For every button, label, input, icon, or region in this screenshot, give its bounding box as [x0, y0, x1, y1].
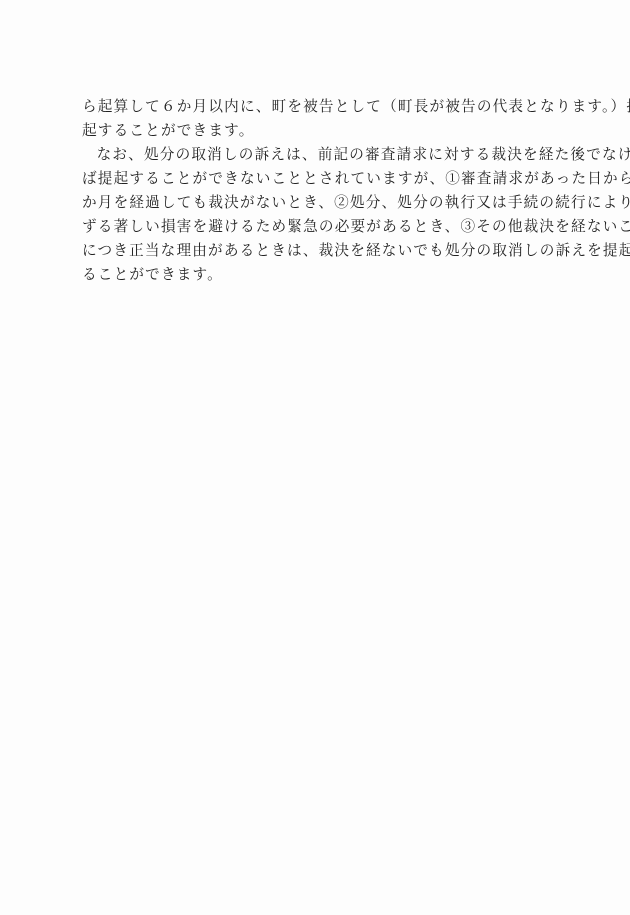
text-line: ば提起することができないこととされていますが、①審査請求があった日から３	[82, 167, 554, 191]
text-line: ることができます。	[82, 263, 554, 287]
text-line: ら起算して６か月以内に、町を被告として（町長が被告の代表となります。）提	[82, 95, 554, 119]
text-line: 起することができます。	[82, 119, 554, 143]
text-line: か月を経過しても裁決がないとき、②処分、処分の執行又は手続の続行により生	[82, 191, 554, 215]
text-line: ずる著しい損害を避けるため緊急の必要があるとき、③その他裁決を経ないこと	[82, 215, 554, 239]
text-line: なお、処分の取消しの訴えは、前記の審査請求に対する裁決を経た後でなけれ	[82, 143, 554, 167]
document-page: ら起算して６か月以内に、町を被告として（町長が被告の代表となります。）提 起する…	[82, 95, 554, 287]
text-line: につき正当な理由があるときは、裁決を経ないでも処分の取消しの訴えを提起す	[82, 239, 554, 263]
paragraph-lawsuit-deadline: ら起算して６か月以内に、町を被告として（町長が被告の代表となります。）提 起する…	[82, 95, 554, 143]
paragraph-exceptions: なお、処分の取消しの訴えは、前記の審査請求に対する裁決を経た後でなけれ ば提起す…	[82, 143, 554, 287]
